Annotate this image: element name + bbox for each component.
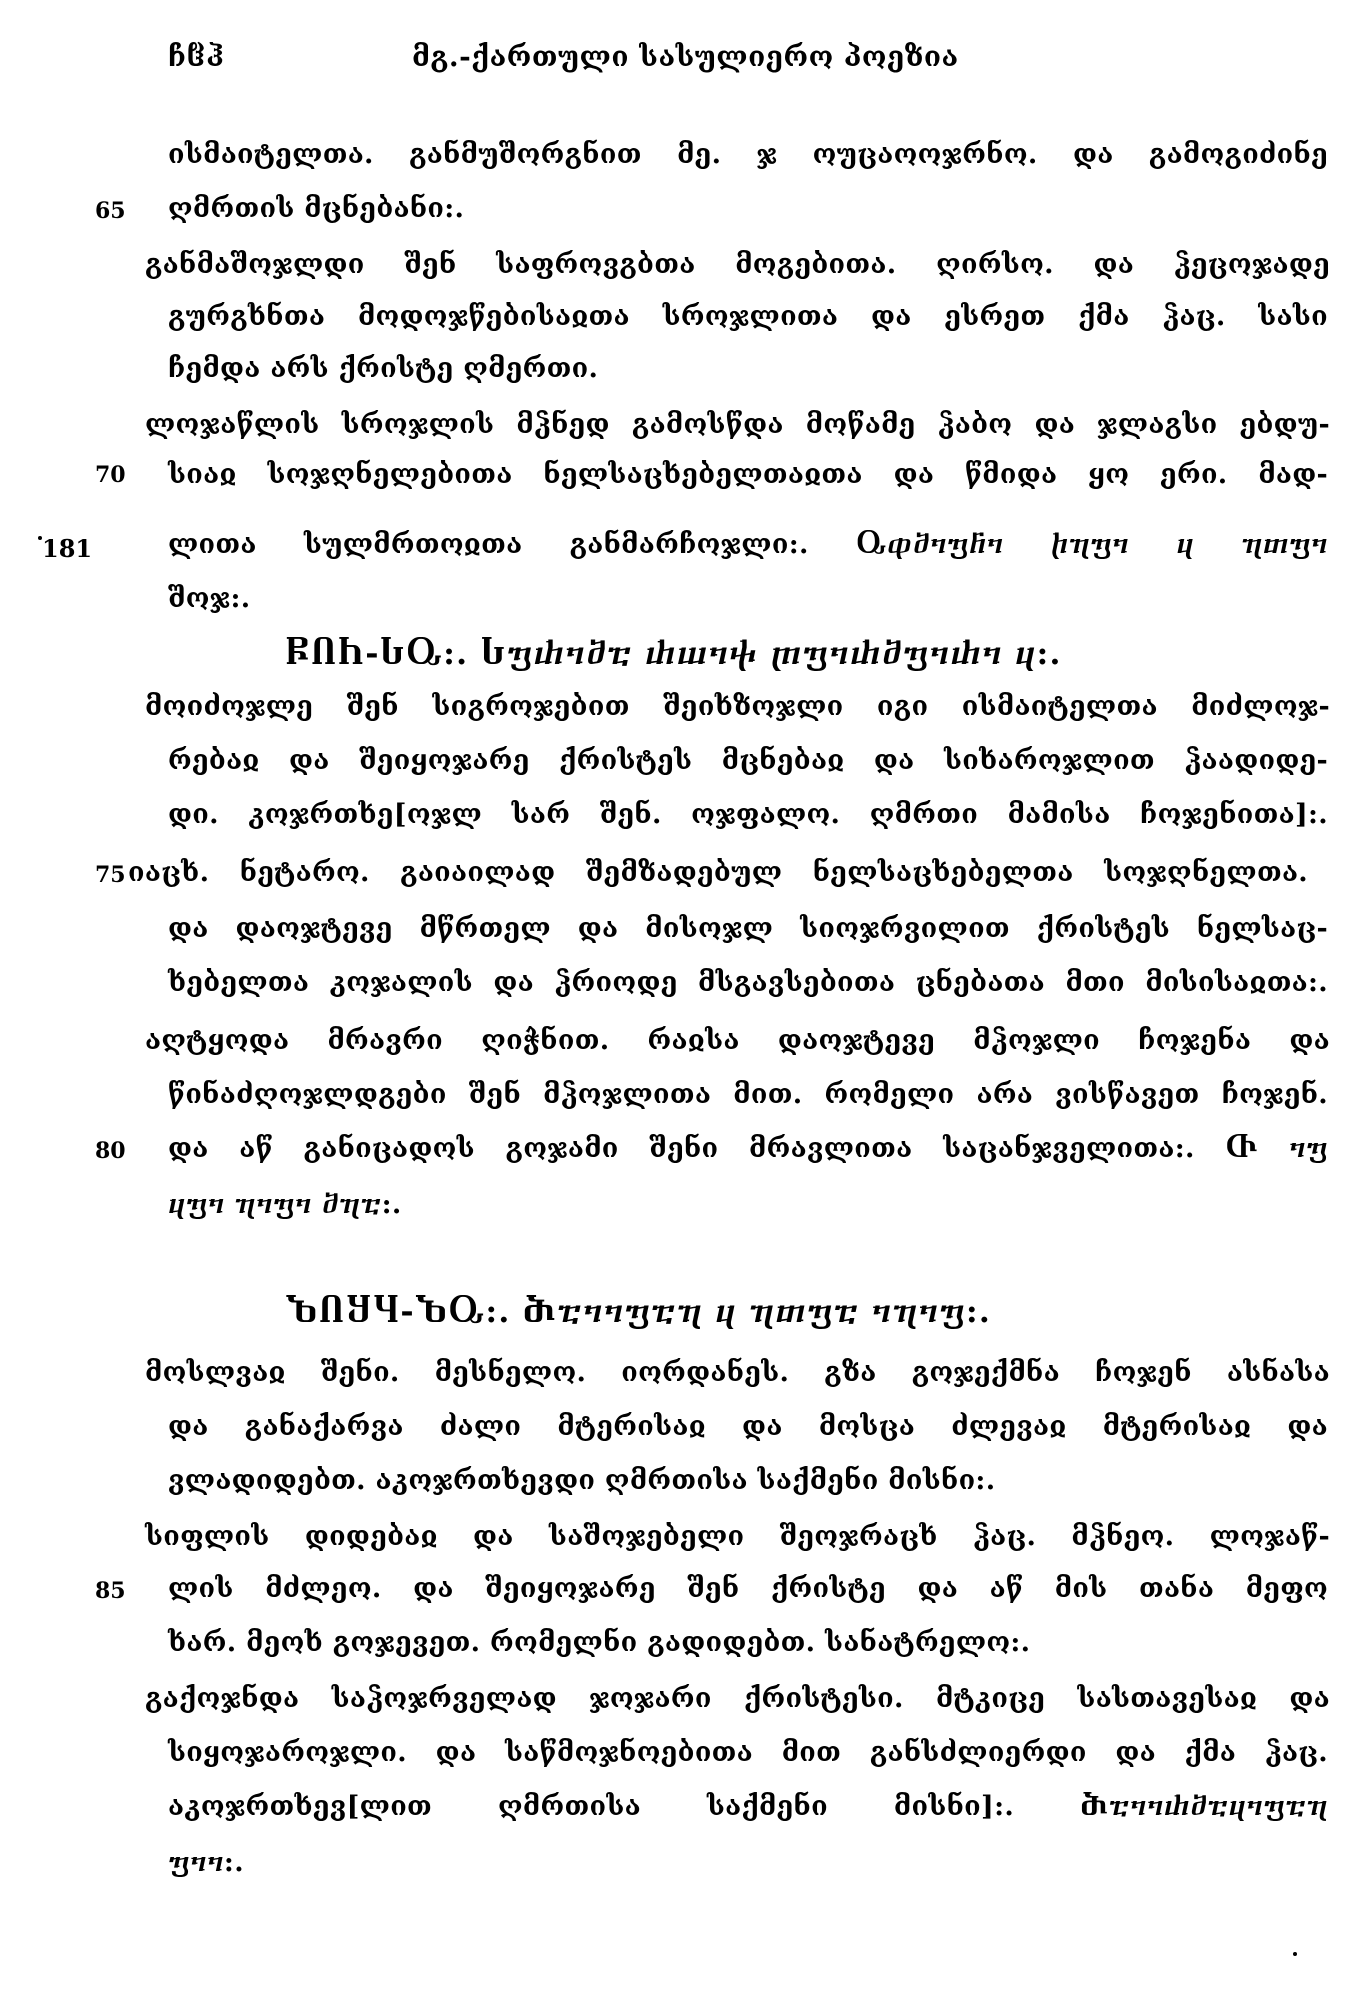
text-line: მოიძოჯლე შენ სიგროჯებით შეიხზოჯლი იგი ის…	[145, 690, 1330, 724]
text-line: ხარ. მეოხ გოჯევეთ. რომელნი გადიდებთ. სან…	[168, 1626, 1030, 1660]
text-line: რებაჲ და შეიყოჯარე ქრისტეს მცნებაჲ და სი…	[168, 744, 1328, 778]
text-line: ლითა სულმრთოჲთა განმარჩოჯლი:. Ⴍⴔⴋⴈⴂⴌⴈ ⴙⴄ…	[168, 528, 1328, 562]
text-line: ლოჯაწლის სროჯლის მჴნედ გამოსწდა მოწამე ჴ…	[145, 408, 1330, 442]
text-line: სიყოჯაროჯლი. და საწმოჯნოებითა მით განსძლ…	[168, 1736, 1328, 1770]
text-line: გაქოჯნდა საჴოჯრველად ჯოჯარი ქრისტესი. მტ…	[145, 1682, 1330, 1716]
text-line: და დაოჯტევე მწრთელ და მისოჯლ სიოჯრვილით …	[168, 912, 1328, 946]
text-line: შოჯ:.	[168, 582, 250, 616]
text-line: და განაქარვა ძალი მტერისაჲ და მოსცა ძლევ…	[168, 1410, 1328, 1444]
text-line: ისმაიტელთა. განმუშორგნით მე. ჯ ოუცაოოჯრნ…	[168, 138, 1328, 172]
scanned-book-page: ჩჱჰ მგ.-ქართული სასულიერო პოეზია ისმაიტე…	[0, 0, 1364, 1999]
page-number: ჩჱჰ	[168, 40, 225, 73]
text-line: ⴗⴂⴈ ⴄⴈⴂⴈ ⴋⴄⴀ:.	[168, 1188, 402, 1222]
reference-number-181: 181	[42, 534, 92, 563]
text-line: ვლადიდებთ. აკოჯრთხევდი ღმრთისა საქმენი მ…	[168, 1464, 995, 1498]
scan-speck	[1293, 1952, 1297, 1956]
line-number-75: 75	[95, 862, 126, 888]
text-line: გურგხნთა მოდოჯწებისაჲთა სროჯლითა და ესრე…	[168, 300, 1328, 334]
line-number-85: 85	[95, 1578, 126, 1604]
text-line: აღტყოდა მრავრი ღიჭნით. რაჲსა დაოჯტევე მჴ…	[145, 1024, 1330, 1058]
text-line: განმაშოჯლდი შენ საფროვგბთა მოგებითა. ღირ…	[145, 248, 1330, 282]
line-number-65: 65	[95, 198, 126, 224]
text-line: ⴂⴈⴈ:.	[168, 1846, 244, 1880]
running-head: ჩჱჰ მგ.-ქართული სასულიერო პოეზია	[0, 30, 1364, 90]
line-number-70: 70	[95, 462, 126, 488]
text-line: სიაჲ სოჯღნელებითა ნელსაცხებელთაჲთა და წმ…	[168, 458, 1328, 492]
line-number-80: 80	[95, 1138, 126, 1164]
text-line: და აწ განიცადოს გოჯამი შენი მრავლითა საც…	[168, 1132, 1328, 1166]
text-line: იაცხ. ნეტარო. გაიაილად შემზადებულ ნელსაც…	[128, 856, 1308, 890]
text-line: აკოჯრთხევ[ლით ღმრთისა საქმენი მისნი]:. Ⴋ…	[168, 1790, 1328, 1824]
text-line: მოსლვაჲ შენი. მესნელო. იორდანეს. გზა გოჯ…	[145, 1356, 1330, 1390]
section-heading: ႼႶႹ-ႱႭ:. Ⴑⴂⴐⴈⴋⴀ ⴐⴍⴈⴕ ⴜⴂⴈⴐⴋⴂⴈⴐⴈ ⴗ:.	[285, 632, 1062, 674]
running-title: მგ.-ქართული სასულიერო პოეზია	[412, 40, 959, 73]
text-line: ჩემდა არს ქრისტე ღმერთი.	[168, 352, 598, 386]
text-line: ღმრთის მცნებანი:.	[168, 192, 464, 226]
scan-speck	[38, 536, 42, 540]
text-line: ხებელთა კოჯალის და ჴრიოდე მსგავსებითა ცნ…	[168, 966, 1328, 1000]
section-heading: ႦႶႸႷ-ႦႭ:. Ⴋⴀⴈⴈⴂⴀⴄ ⴗ ⴄⴇⴂⴀ ⴈⴄⴈⴂ:.	[285, 1290, 991, 1332]
text-line: ლის მძლეო. და შეიყოჯარე შენ ქრისტე და აწ…	[168, 1572, 1328, 1606]
text-line: სიფლის დიდებაჲ და საშოჯებელი შეოჯრაცხ ჴა…	[145, 1520, 1330, 1554]
text-line: წინაძღოჯლდგები შენ მჴოჯლითა მით. რომელი …	[168, 1078, 1328, 1112]
text-line: დი. კოჯრთხე[ოჯლ სარ შენ. ოჯფალო. ღმრთი მ…	[168, 798, 1328, 832]
